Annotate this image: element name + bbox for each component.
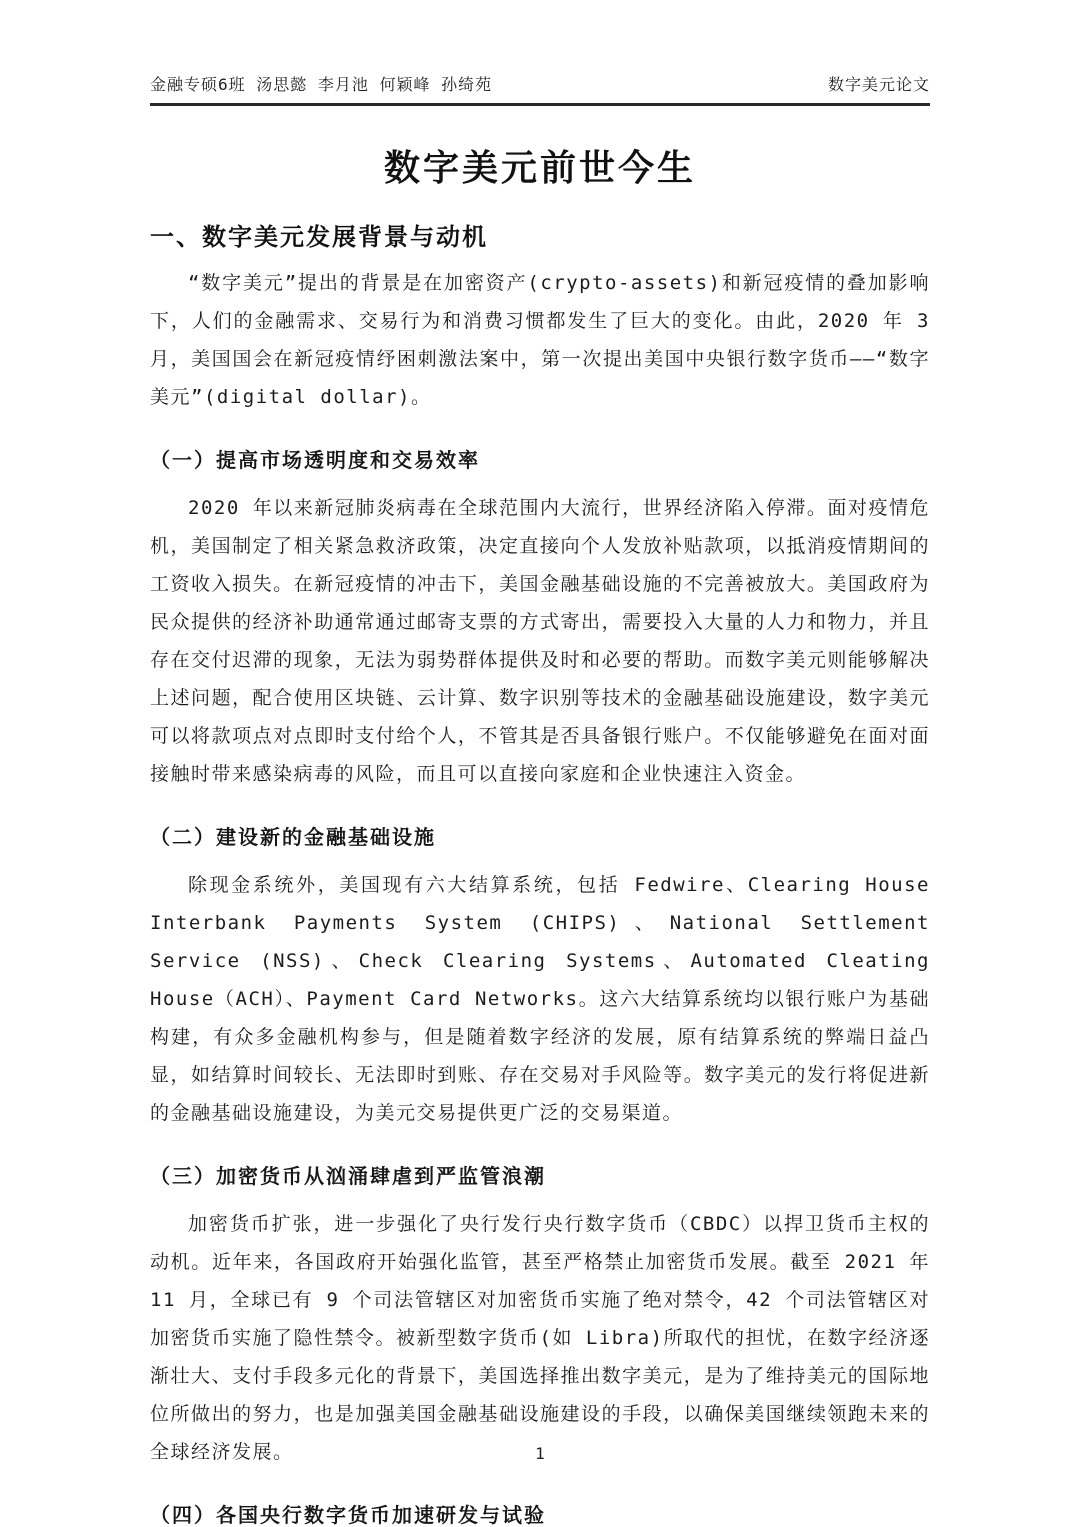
subsection-2-paragraph: 除现金系统外，美国现有六大结算系统，包括 Fedwire、Clearing Ho… (150, 866, 930, 1132)
document-title: 数字美元前世今生 (150, 140, 930, 191)
subsection-1-paragraph: 2020 年以来新冠肺炎病毒在全球范围内大流行，世界经济陷入停滞。面对疫情危机，… (150, 489, 930, 793)
subsection-3-heading: （三）加密货币从汹涌肆虐到严监管浪潮 (150, 1160, 930, 1189)
header-authors: 金融专硕6班 汤思懿 李月池 何颖峰 孙绮苑 (150, 72, 492, 95)
subsection-2-heading: （二）建设新的金融基础设施 (150, 821, 930, 850)
header-doc-label: 数字美元论文 (828, 72, 930, 95)
subsection-1-heading: （一）提高市场透明度和交易效率 (150, 444, 930, 473)
section-heading: 一、数字美元发展背景与动机 (150, 217, 930, 252)
page-number: 1 (0, 1444, 1080, 1463)
page-content: 金融专硕6班 汤思懿 李月池 何颖峰 孙绮苑 数字美元论文 数字美元前世今生 一… (150, 0, 930, 1527)
intro-paragraph: “数字美元”提出的背景是在加密资产(crypto-assets)和新冠疫情的叠加… (150, 264, 930, 416)
subsection-4-heading: （四）各国央行数字货币加速研发与试验 (150, 1499, 930, 1527)
subsection-3-paragraph: 加密货币扩张，进一步强化了央行发行央行数字货币（CBDC）以捍卫货币主权的动机。… (150, 1205, 930, 1471)
page-header: 金融专硕6班 汤思懿 李月池 何颖峰 孙绮苑 数字美元论文 (150, 72, 930, 106)
document-page: 金融专硕6班 汤思懿 李月池 何颖峰 孙绮苑 数字美元论文 数字美元前世今生 一… (0, 0, 1080, 1527)
